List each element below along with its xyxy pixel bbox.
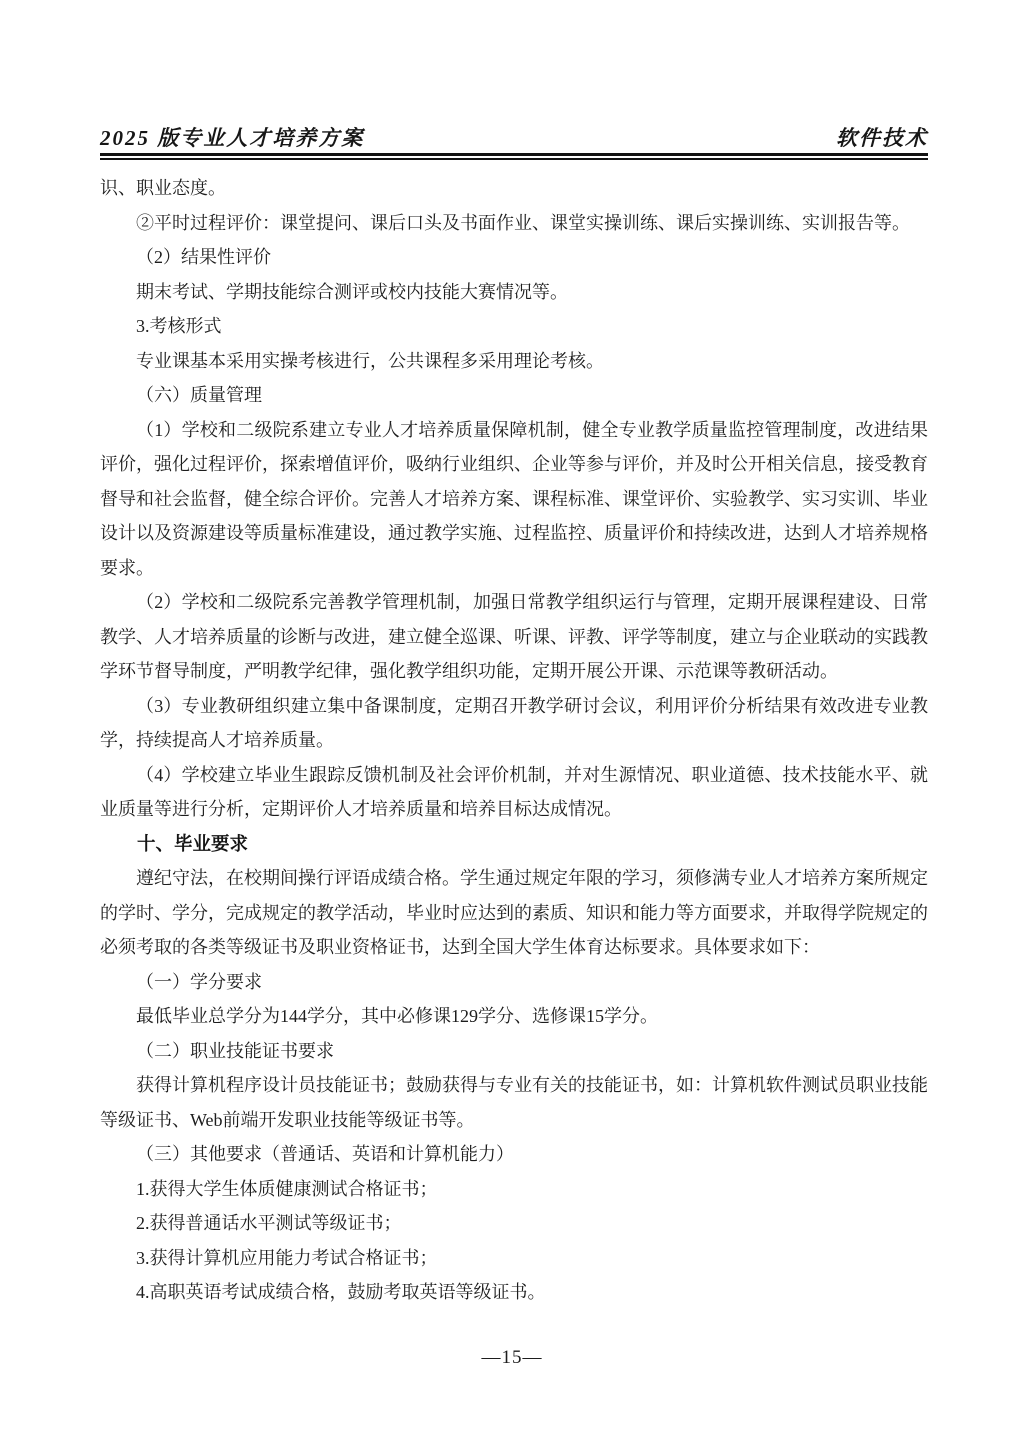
paragraph: （1）学校和二级院系建立专业人才培养质量保障机制，健全专业教学质量监控管理制度，… — [100, 413, 928, 586]
paragraph: 1.获得大学生体质健康测试合格证书； — [100, 1172, 928, 1207]
paragraph: 识、职业态度。 — [100, 171, 928, 206]
paragraph: （2）结果性评价 — [100, 240, 928, 275]
document-page: 2025 版专业人才培养方案 软件技术 识、职业态度。②平时过程评价：课堂提问、… — [0, 0, 1024, 1448]
paragraph: 最低毕业总学分为144学分，其中必修课129学分、选修课15学分。 — [100, 999, 928, 1034]
paragraph: （2）学校和二级院系完善教学管理机制，加强日常教学组织运行与管理，定期开展课程建… — [100, 585, 928, 689]
paragraph: （三）其他要求（普通话、英语和计算机能力） — [100, 1137, 928, 1172]
page-number: —15— — [482, 1347, 543, 1368]
paragraph: 4.高职英语考试成绩合格，鼓励考取英语等级证书。 — [100, 1275, 928, 1310]
document-body: 识、职业态度。②平时过程评价：课堂提问、课后口头及书面作业、课堂实操训练、课后实… — [100, 171, 928, 1310]
paragraph: （4）学校建立毕业生跟踪反馈机制及社会评价机制，并对生源情况、职业道德、技术技能… — [100, 758, 928, 827]
page-header: 2025 版专业人才培养方案 软件技术 — [100, 126, 928, 150]
paragraph: 遵纪守法，在校期间操行评语成绩合格。学生通过规定年限的学习，须修满专业人才培养方… — [100, 861, 928, 965]
paragraph: （一）学分要求 — [100, 965, 928, 1000]
paragraph: （二）职业技能证书要求 — [100, 1034, 928, 1069]
page-footer: —15— — [0, 1347, 1024, 1369]
paragraph: 十、毕业要求 — [100, 827, 928, 862]
paragraph: 3.获得计算机应用能力考试合格证书； — [100, 1241, 928, 1276]
paragraph: （3）专业教研组织建立集中备课制度，定期召开教学研讨会议，利用评价分析结果有效改… — [100, 689, 928, 758]
paragraph: （六）质量管理 — [100, 378, 928, 413]
paragraph: 2.获得普通话水平测试等级证书； — [100, 1206, 928, 1241]
paragraph: 获得计算机程序设计员技能证书；鼓励获得与专业有关的技能证书，如：计算机软件测试员… — [100, 1068, 928, 1137]
paragraph: 期末考试、学期技能综合测评或校内技能大赛情况等。 — [100, 275, 928, 310]
paragraph: 专业课基本采用实操考核进行，公共课程多采用理论考核。 — [100, 344, 928, 379]
header-double-rule — [100, 153, 928, 160]
header-right-title: 软件技术 — [836, 126, 928, 150]
paragraph: 3.考核形式 — [100, 309, 928, 344]
header-left-title: 2025 版专业人才培养方案 — [100, 126, 364, 150]
paragraph: ②平时过程评价：课堂提问、课后口头及书面作业、课堂实操训练、课后实操训练、实训报… — [100, 206, 928, 241]
header-rule-thin — [100, 158, 928, 160]
